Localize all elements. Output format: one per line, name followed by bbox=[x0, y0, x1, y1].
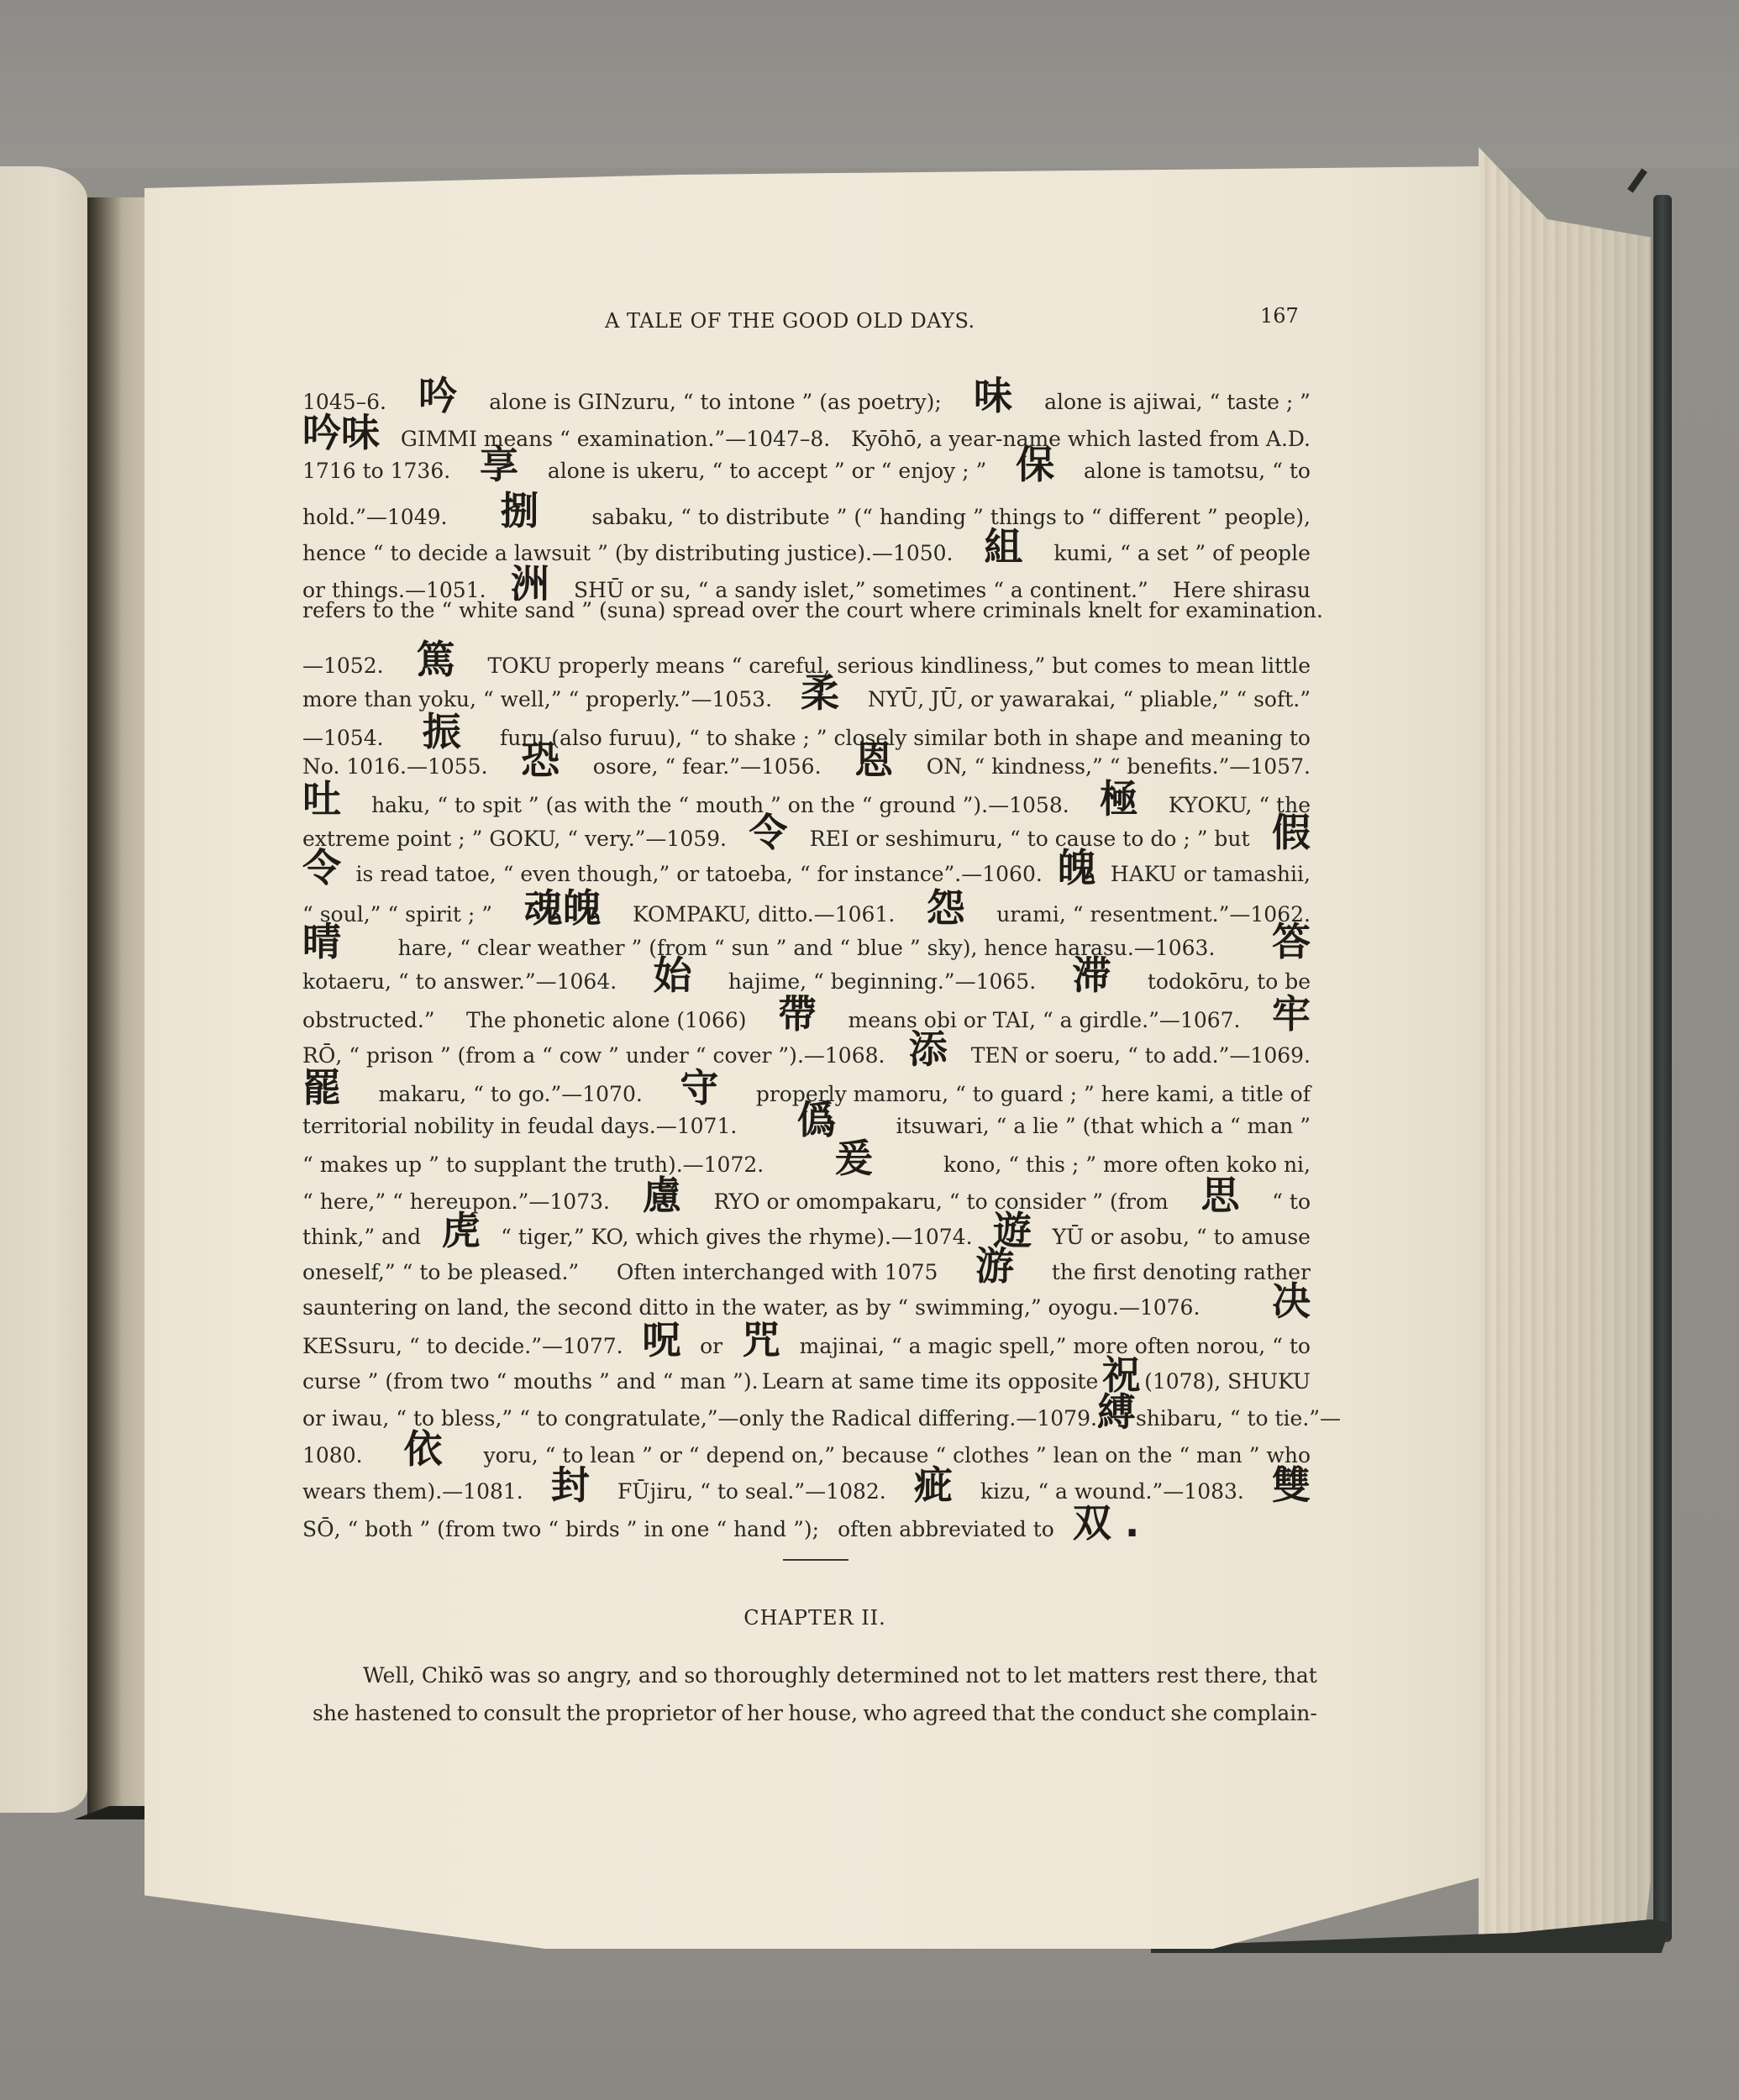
note-text: shibaru, “ to tie.”— bbox=[1136, 1406, 1341, 1431]
note-text: “ to bbox=[1272, 1189, 1311, 1214]
note-text: think,” and bbox=[302, 1225, 421, 1249]
note-text: kumi, “ a set ” of people bbox=[1053, 541, 1311, 565]
note-text: alone is tamotsu, “ to bbox=[1084, 459, 1311, 483]
note-line: sauntering on land, the second ditto in … bbox=[302, 1282, 1311, 1315]
note-text: more than yoku, “ well,” “ properly.”—10… bbox=[302, 687, 772, 711]
word: to bbox=[1006, 1663, 1027, 1688]
note-line: “ soul,” “ spirit ; ”魂魄KOMPAKU, ditto.—1… bbox=[302, 889, 1311, 922]
page-number: 167 bbox=[1260, 304, 1299, 328]
kanji-glyph: 依 bbox=[404, 1430, 443, 1468]
word: not bbox=[965, 1663, 1000, 1688]
note-text: YŪ or asobu, “ to amuse bbox=[1053, 1225, 1311, 1249]
word: hastened bbox=[355, 1701, 452, 1725]
left-page-edge bbox=[0, 166, 87, 1813]
note-line: obstructed.”The phonetic alone (1066)帶me… bbox=[302, 995, 1311, 1028]
word: who bbox=[863, 1701, 907, 1725]
word: matters bbox=[1068, 1663, 1150, 1688]
note-text: NYŪ, JŪ, or yawarakai, “ pliable,” “ sof… bbox=[868, 687, 1311, 711]
note-line: KESsuru, “ to decide.”—1077.呪or咒majinai,… bbox=[302, 1320, 1311, 1354]
note-line: “ here,” “ hereupon.”—1073.慮RYO or omomp… bbox=[302, 1176, 1311, 1210]
note-text: sabaku, “ to distribute ” (“ handing ” t… bbox=[591, 505, 1311, 529]
note-text: wears them).—1081. bbox=[302, 1479, 523, 1504]
kanji-glyph: 游 bbox=[975, 1247, 1014, 1285]
word: consult bbox=[483, 1701, 560, 1725]
page-block-shade bbox=[1479, 147, 1651, 1953]
kanji-glyph: 始 bbox=[654, 956, 692, 995]
note-text: todokōru, to be bbox=[1148, 969, 1311, 994]
note-text: ON, “ kindness,” “ benefits.”—1057. bbox=[927, 754, 1311, 779]
background-top bbox=[0, 0, 1739, 168]
note-line: 令is read tatoe, “ even though,” or tatoe… bbox=[302, 848, 1311, 882]
word: agreed bbox=[912, 1701, 986, 1725]
note-line: curse ” (from two “ mouths ” and “ man ”… bbox=[302, 1356, 1311, 1389]
word: she bbox=[1171, 1701, 1208, 1725]
note-line: refers to the “ white sand ” (suna) spre… bbox=[302, 598, 1311, 632]
word: rest bbox=[1157, 1663, 1199, 1688]
note-line: 1045–6.吟alone is GINzuru, “ to intone ” … bbox=[302, 376, 1311, 410]
kanji-glyph: 思 bbox=[1200, 1176, 1239, 1215]
note-text: No. 1016.—1055. bbox=[302, 754, 488, 779]
body-line: shehastenedtoconsulttheproprietorofherho… bbox=[313, 1701, 1317, 1725]
note-line: 吟味GIMMI means “ examination.”—1047–8.Kyō… bbox=[302, 413, 1311, 447]
note-text: REI or seshimuru, “ to cause to do ; ” b… bbox=[810, 827, 1250, 851]
note-line: SŌ, “ both ” (from two “ birds ” in one … bbox=[302, 1504, 1311, 1537]
note-text: TEN or soeru, “ to add.”—1069. bbox=[971, 1043, 1311, 1068]
kanji-glyph: 魄 bbox=[1057, 848, 1095, 887]
kanji-glyph: 柔 bbox=[801, 674, 839, 712]
note-text: sauntering on land, the second ditto in … bbox=[302, 1295, 1200, 1320]
note-line: kotaeru, “ to answer.”—1064.始hajime, “ b… bbox=[302, 956, 1311, 990]
note-line: more than yoku, “ well,” “ properly.”—10… bbox=[302, 674, 1311, 707]
book-gutter bbox=[87, 197, 146, 1814]
word: proprietor bbox=[606, 1701, 716, 1725]
note-line: RŌ, “ prison ” (from a “ cow ” under “ c… bbox=[302, 1030, 1311, 1063]
kanji-glyph: 决 bbox=[1272, 1282, 1311, 1320]
note-text: SŌ, “ both ” (from two “ birds ” in one … bbox=[302, 1517, 819, 1541]
kanji-glyph: 縛 bbox=[1097, 1393, 1136, 1431]
kanji-glyph: 牢 bbox=[1272, 995, 1311, 1033]
note-text: hence “ to decide a lawsuit ” (by distri… bbox=[302, 541, 954, 565]
kanji-glyph: 疵 bbox=[914, 1466, 953, 1504]
kanji-glyph: 味 bbox=[974, 376, 1012, 415]
note-line: hence “ to decide a lawsuit ” (by distri… bbox=[302, 528, 1311, 561]
book-cover-binding bbox=[1653, 195, 1672, 1942]
kanji-glyph: 爰 bbox=[834, 1139, 873, 1178]
note-text: curse ” (from two “ mouths ” and “ man ”… bbox=[302, 1369, 759, 1394]
body-line: Well,Chikōwassoangry,andsothoroughlydete… bbox=[363, 1663, 1317, 1688]
kanji-glyph: 添 bbox=[909, 1030, 948, 1068]
word: complain- bbox=[1213, 1701, 1317, 1725]
running-head: A TALE OF THE GOOD OLD DAYS. bbox=[605, 309, 1109, 333]
kanji-glyph: 享 bbox=[480, 445, 518, 484]
note-line: or things.—1051.洲SHŪ or su, “ a sandy is… bbox=[302, 564, 1311, 598]
word: determined bbox=[837, 1663, 959, 1688]
note-text: alone is ukeru, “ to accept ” or “ enjoy… bbox=[548, 459, 986, 483]
word: her bbox=[747, 1701, 783, 1725]
note-text: hajime, “ beginning.”—1065. bbox=[728, 969, 1036, 994]
word: to bbox=[457, 1701, 478, 1725]
note-line: 吐haku, “ to spit ” (as with the “ mouth … bbox=[302, 780, 1311, 813]
note-text: RŌ, “ prison ” (from a “ cow ” under “ c… bbox=[302, 1043, 885, 1068]
kanji-glyph: 組 bbox=[984, 528, 1022, 566]
note-text: means obi or TAI, “ a girdle.”—1067. bbox=[848, 1008, 1241, 1032]
note-text: majinai, “ a magic spell,” more often no… bbox=[800, 1334, 1311, 1358]
note-text: The phonetic alone (1066) bbox=[466, 1008, 746, 1032]
note-line: “ makes up ” to supplant the truth).—107… bbox=[302, 1139, 1311, 1173]
note-text: oneself,” “ to be pleased.” bbox=[302, 1260, 579, 1284]
note-line: wears them).—1081.封FŪjiru, “ to seal.”—1… bbox=[302, 1466, 1311, 1499]
note-line: 1716 to 1736.享alone is ukeru, “ to accep… bbox=[302, 445, 1311, 479]
note-text: HAKU or tamashii, bbox=[1111, 862, 1311, 886]
kanji-glyph: 恐 bbox=[521, 741, 560, 780]
kanji-glyph: 帶 bbox=[778, 995, 817, 1033]
note-text: yoru, “ to lean ” or “ depend on,” becau… bbox=[483, 1443, 1311, 1467]
note-text: 1716 to 1736. bbox=[302, 459, 450, 483]
note-line: hold.”—1049.捌sabaku, “ to distribute ” (… bbox=[302, 491, 1311, 525]
word: the bbox=[1041, 1701, 1075, 1725]
kanji-glyph: 双 . bbox=[1073, 1504, 1140, 1542]
note-text: osore, “ fear.”—1056. bbox=[593, 754, 822, 779]
note-text: kotaeru, “ to answer.”—1064. bbox=[302, 969, 617, 994]
note-line: No. 1016.—1055.恐osore, “ fear.”—1056.恩ON… bbox=[302, 741, 1311, 774]
word: was bbox=[490, 1663, 531, 1688]
kanji-glyph: 咒 bbox=[742, 1320, 780, 1359]
note-text: alone is GINzuru, “ to intone ” (as poet… bbox=[489, 390, 942, 414]
note-line: territorial nobility in feudal days.—107… bbox=[302, 1100, 1311, 1134]
kanji-glyph: 滞 bbox=[1073, 956, 1111, 995]
note-text: KESsuru, “ to decide.”—1077. bbox=[302, 1334, 623, 1358]
word: there, bbox=[1205, 1663, 1269, 1688]
note-text: territorial nobility in feudal days.—107… bbox=[302, 1114, 737, 1138]
kanji-glyph: 吟 bbox=[418, 376, 457, 415]
word: angry, bbox=[567, 1663, 633, 1688]
word: let bbox=[1034, 1663, 1062, 1688]
kanji-glyph: 假 bbox=[1272, 813, 1311, 852]
kanji-glyph: 令 bbox=[749, 813, 787, 852]
kanji-glyph: 恩 bbox=[854, 741, 893, 780]
note-text: hold.”—1049. bbox=[302, 505, 447, 529]
note-text: “ makes up ” to supplant the truth).—107… bbox=[302, 1152, 764, 1177]
note-line: or iwau, “ to bless,” “ to congratulate,… bbox=[302, 1393, 1311, 1426]
note-line: think,” and虎“ tiger,” KO, which gives th… bbox=[302, 1211, 1311, 1245]
word: house, bbox=[788, 1701, 858, 1725]
note-text: is read tatoe, “ even though,” or tatoeb… bbox=[356, 862, 1043, 886]
note-line: extreme point ; ” GOKU, “ very.”—1059.令R… bbox=[302, 813, 1311, 847]
word: so bbox=[537, 1663, 560, 1688]
kanji-glyph: 慮 bbox=[643, 1176, 681, 1215]
note-line: oneself,” “ to be pleased.”Often interch… bbox=[302, 1247, 1311, 1280]
word: she bbox=[313, 1701, 349, 1725]
chapter-heading: CHAPTER II. bbox=[731, 1606, 899, 1630]
note-line: 1080.依yoru, “ to lean ” or “ depend on,”… bbox=[302, 1430, 1311, 1463]
kanji-glyph: 僞 bbox=[797, 1100, 836, 1139]
word: that bbox=[1274, 1663, 1317, 1688]
note-text: often abbreviated to bbox=[838, 1517, 1054, 1541]
note-text: FŪjiru, “ to seal.”—1082. bbox=[617, 1479, 886, 1504]
kanji-glyph: 捌 bbox=[500, 491, 539, 530]
note-text: or bbox=[700, 1334, 722, 1358]
word: that bbox=[992, 1701, 1035, 1725]
word: Well, bbox=[363, 1663, 415, 1688]
note-text: refers to the “ white sand ” (suna) spre… bbox=[302, 598, 1323, 622]
note-text: (1078), SHUKU bbox=[1144, 1369, 1311, 1394]
word: Chikō bbox=[422, 1663, 483, 1688]
note-text: RYO or omompakaru, “ to consider ” (from bbox=[713, 1189, 1168, 1214]
note-text: itsuwari, “ a lie ” (that which a “ man … bbox=[896, 1114, 1311, 1138]
kanji-glyph: 保 bbox=[1016, 445, 1054, 484]
note-line: 晴hare, “ clear weather ” (from “ sun ” a… bbox=[302, 922, 1311, 956]
word: so bbox=[684, 1663, 707, 1688]
note-line: —1052.篤TOKU properly means “ careful, se… bbox=[302, 640, 1311, 674]
note-text: 1080. bbox=[302, 1443, 363, 1467]
section-rule bbox=[783, 1559, 848, 1561]
note-text: alone is ajiwai, “ taste ; ” bbox=[1044, 390, 1311, 414]
kanji-glyph: 令 bbox=[302, 848, 341, 887]
note-text: “ tiger,” KO, which gives the rhyme).—10… bbox=[501, 1225, 972, 1249]
kanji-glyph: 呪 bbox=[642, 1320, 680, 1359]
word: thoroughly bbox=[714, 1663, 831, 1688]
note-text: extreme point ; ” GOKU, “ very.”—1059. bbox=[302, 827, 727, 851]
bookmark-ribbon bbox=[1627, 168, 1647, 192]
word: the bbox=[566, 1701, 601, 1725]
kanji-glyph: 虎 bbox=[442, 1211, 481, 1250]
word: and bbox=[638, 1663, 678, 1688]
note-text: Learn at same time its opposite bbox=[762, 1369, 1098, 1394]
note-text: kono, “ this ; ” more often koko ni, bbox=[943, 1152, 1311, 1177]
note-text: Often interchanged with 1075 bbox=[617, 1260, 938, 1284]
word: of bbox=[721, 1701, 741, 1725]
word: conduct bbox=[1080, 1701, 1165, 1725]
kanji-glyph: 雙 bbox=[1272, 1466, 1311, 1504]
note-text: obstructed.” bbox=[302, 1008, 435, 1032]
kanji-glyph: 封 bbox=[551, 1466, 590, 1504]
